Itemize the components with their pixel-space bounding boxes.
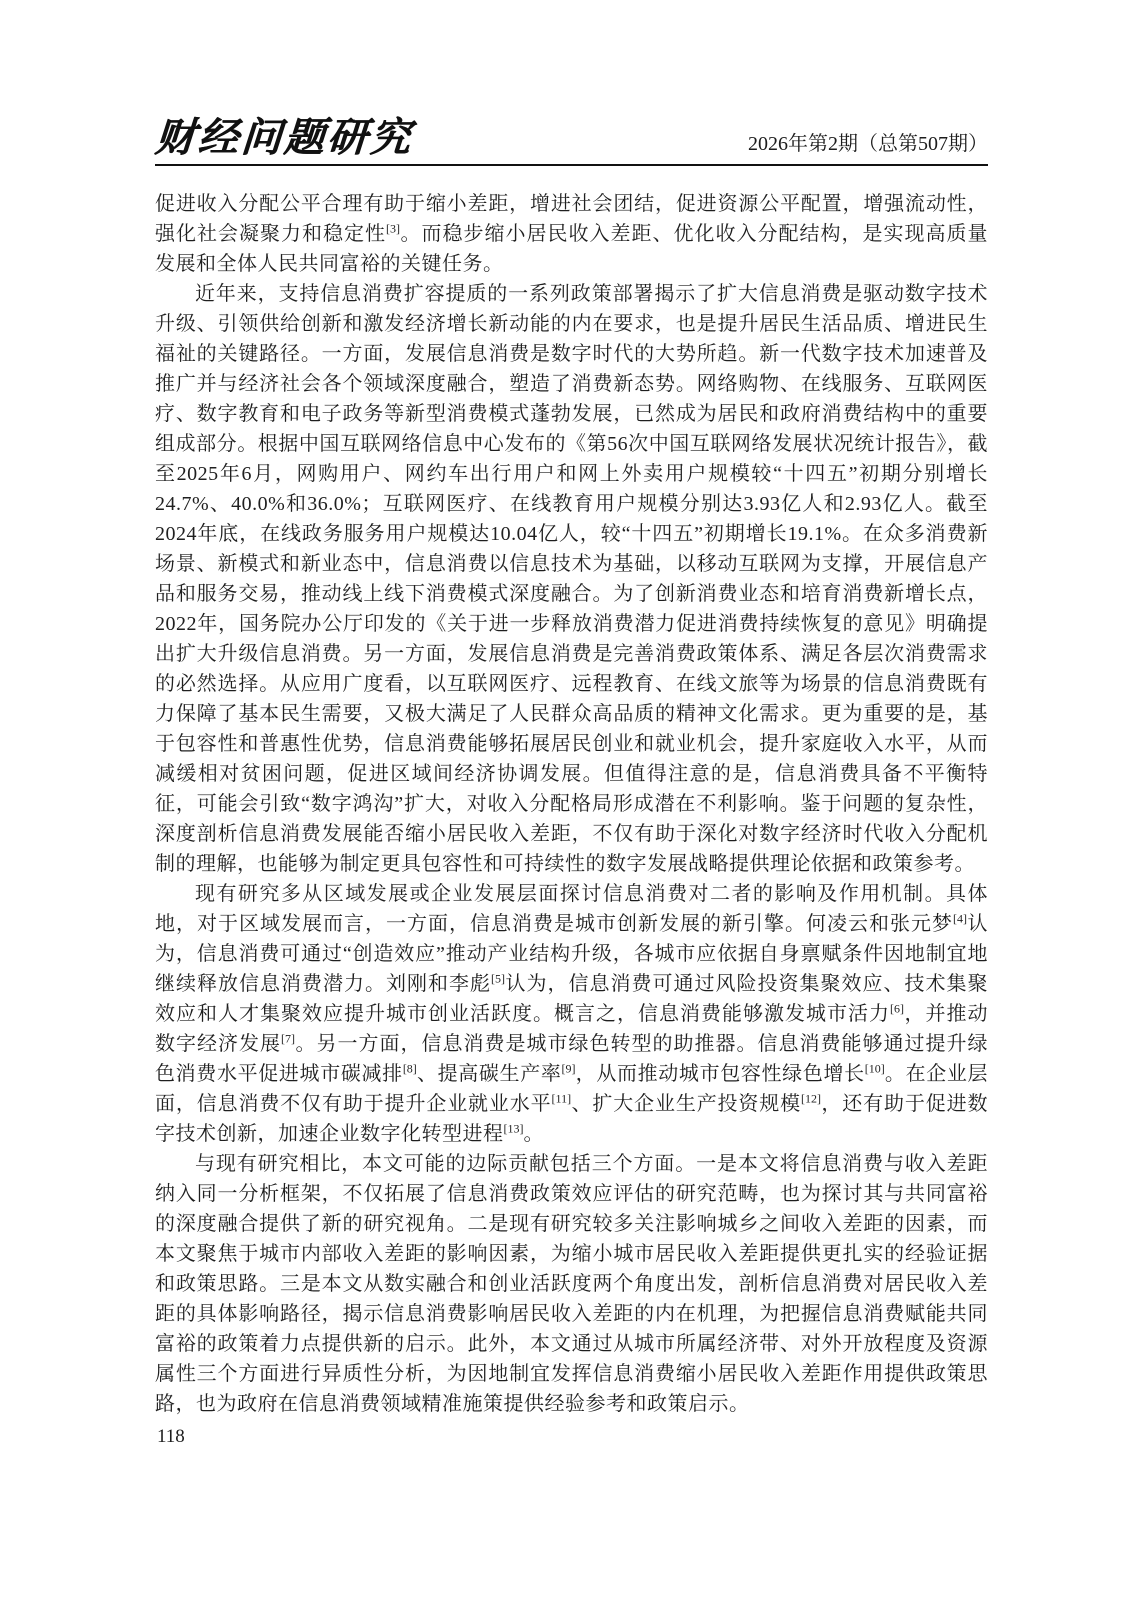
paragraph: 促进收入分配公平合理有助于缩小差距，增进社会团结，促进资源公平配置，增强流动性，… (155, 189, 988, 279)
citation-ref: [10] (865, 1061, 885, 1075)
page-number: 118 (157, 1426, 185, 1449)
citation-ref: [4] (953, 911, 967, 925)
paragraph-text: 、扩大企业生产投资规模 (571, 1093, 801, 1115)
citation-ref: [8] (403, 1061, 417, 1075)
citation-ref: [6] (890, 1001, 904, 1015)
citation-ref: [13] (504, 1121, 524, 1135)
citation-ref: [12] (801, 1091, 821, 1105)
paragraph-text: 与现有研究相比，本文可能的边际贡献包括三个方面。一是本文将信息消费与收入差距纳入… (155, 1153, 988, 1415)
citation-ref: [5] (491, 971, 505, 985)
paragraph-text: 近年来，支持信息消费扩容提质的一系列政策部署揭示了扩大信息消费是驱动数字技术升级… (155, 283, 988, 875)
paragraph-text: 。 (524, 1123, 545, 1145)
paragraph-text: 、提高碳生产率 (417, 1063, 562, 1085)
citation-ref: [9] (562, 1061, 576, 1075)
journal-logo: 财经问题研究 (154, 118, 415, 158)
issue-info: 2026年第2期（总第507期） (748, 134, 988, 158)
paragraph-text: 现有研究多从区域发展或企业发展层面探讨信息消费对二者的影响及作用机制。具体地，对… (155, 883, 988, 935)
journal-page: 财经问题研究 2026年第2期（总第507期） 促进收入分配公平合理有助于缩小差… (0, 0, 1140, 1600)
citation-ref: [7] (281, 1031, 295, 1045)
article-body: 促进收入分配公平合理有助于缩小差距，增进社会团结，促进资源公平配置，增强流动性，… (155, 189, 988, 1419)
paragraph-text: ，从而推动城市包容性绿色增长 (576, 1063, 865, 1085)
citation-ref: [11] (552, 1091, 572, 1105)
paragraph: 近年来，支持信息消费扩容提质的一系列政策部署揭示了扩大信息消费是驱动数字技术升级… (155, 279, 988, 879)
paragraph: 与现有研究相比，本文可能的边际贡献包括三个方面。一是本文将信息消费与收入差距纳入… (155, 1149, 988, 1419)
page-header: 财经问题研究 2026年第2期（总第507期） (155, 118, 988, 166)
paragraph: 现有研究多从区域发展或企业发展层面探讨信息消费对二者的影响及作用机制。具体地，对… (155, 879, 988, 1149)
citation-ref: [3] (386, 221, 400, 235)
